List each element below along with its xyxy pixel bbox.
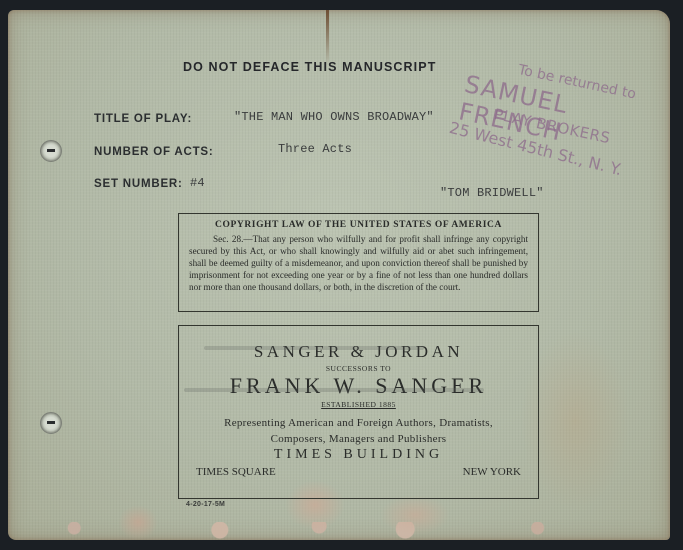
copyright-notice: COPYRIGHT LAW OF THE UNITED STATES OF AM… [178,213,539,312]
acts-label: NUMBER OF ACTS: [94,146,214,158]
print-code: 4-20-17-5M [186,501,225,508]
torn-bottom-edge [8,522,670,542]
predecessor-name: FRANK W. SANGER [179,373,538,399]
set-number-label: SET NUMBER: [94,178,183,190]
address-right: NEW YORK [463,466,521,478]
agency-imprint: SANGER & JORDAN SUCCESSORS TO FRANK W. S… [178,325,539,499]
building-name: TIMES BUILDING [179,447,538,463]
representation-line1: Representing American and Foreign Author… [179,417,538,429]
role-name: "TOM BRIDWELL" [440,186,544,200]
copyright-title: COPYRIGHT LAW OF THE UNITED STATES OF AM… [179,220,538,230]
pencil-mark [184,388,484,392]
address-left: TIMES SQUARE [196,466,276,478]
pencil-mark [204,346,424,350]
paper-crease [326,10,329,65]
address-footer: TIMES SQUARE NEW YORK [196,466,521,478]
agency-name: SANGER & JORDAN [179,342,538,362]
title-value: "THE MAN WHO OWNS BROADWAY" [234,110,434,124]
binding-hole-icon [40,140,62,162]
successors-label: SUCCESSORS TO [179,364,538,373]
binding-hole-icon [40,412,62,434]
representation-line2: Composers, Managers and Publishers [179,433,538,445]
title-label: TITLE OF PLAY: [94,113,192,125]
acts-value: Three Acts [278,142,352,156]
copyright-body: Sec. 28.—That any person who wilfully an… [189,233,528,293]
established-year: ESTABLISHED 1885 [179,400,538,409]
set-number-value: #4 [190,176,205,190]
warning-header: DO NOT DEFACE THIS MANUSCRIPT [183,60,436,74]
